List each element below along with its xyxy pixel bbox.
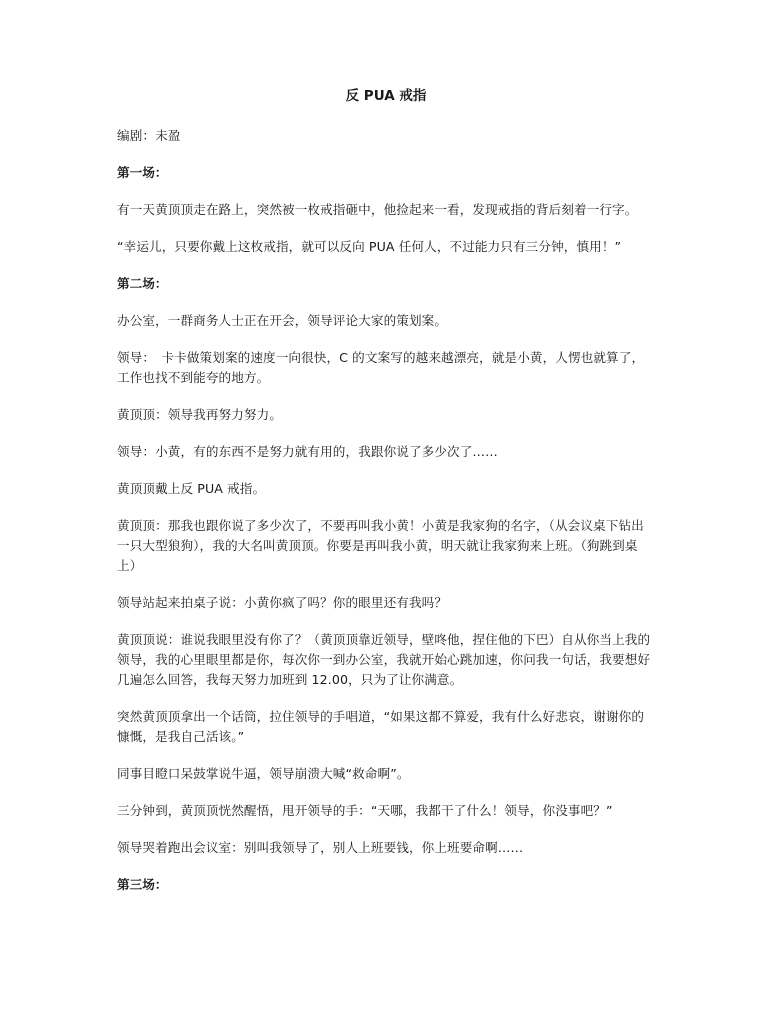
- scene-heading: 第二场：: [117, 274, 655, 294]
- document-page: 反 PUA 戒指 编剧：未盈 第一场： 有一天黄顶顶走在路上，突然被一枚戒指砸中…: [117, 86, 655, 912]
- scene-heading: 第三场：: [117, 875, 655, 895]
- scene-heading: 第一场：: [117, 163, 655, 183]
- document-title: 反 PUA 戒指: [117, 86, 655, 106]
- paragraph: 黄顶顶说：谁说我眼里没有你了？（黄顶顶靠近领导，壁咚他，捏住他的下巴）自从你当上…: [117, 630, 655, 690]
- paragraph: 黄顶顶戴上反 PUA 戒指。: [117, 479, 655, 499]
- paragraph: 领导： 卡卡做策划案的速度一向很快，C 的文案写的越来越漂亮，就是小黄，人愣也就…: [117, 348, 655, 388]
- paragraph: 突然黄顶顶拿出一个话筒，拉住领导的手唱道，“如果这都不算爱，我有什么好悲哀，谢谢…: [117, 707, 655, 747]
- paragraph: 黄顶顶：领导我再努力努力。: [117, 405, 655, 425]
- paragraph: 有一天黄顶顶走在路上，突然被一枚戒指砸中，他捡起来一看，发现戒指的背后刻着一行字…: [117, 200, 655, 220]
- paragraph: 办公室，一群商务人士正在开会，领导评论大家的策划案。: [117, 311, 655, 331]
- paragraph: 同事目瞪口呆鼓掌说牛逼，领导崩溃大喊“救命啊”。: [117, 764, 655, 784]
- paragraph: 领导站起来拍桌子说：小黄你疯了吗？你的眼里还有我吗？: [117, 593, 655, 613]
- paragraph: 三分钟到，黄顶顶恍然醒悟，甩开领导的手：“天哪，我都干了什么！领导，你没事吧？”: [117, 801, 655, 821]
- paragraph: 黄顶顶：那我也跟你说了多少次了，不要再叫我小黄！小黄是我家狗的名字，（从会议桌下…: [117, 516, 655, 576]
- paragraph: 领导：小黄，有的东西不是努力就有用的，我跟你说了多少次了……: [117, 442, 655, 462]
- paragraph: “幸运儿，只要你戴上这枚戒指，就可以反向 PUA 任何人，不过能力只有三分钟，慎…: [117, 237, 655, 257]
- paragraph: 领导哭着跑出会议室：别叫我领导了，别人上班要钱，你上班要命啊……: [117, 838, 655, 858]
- author-line: 编剧：未盈: [117, 126, 655, 146]
